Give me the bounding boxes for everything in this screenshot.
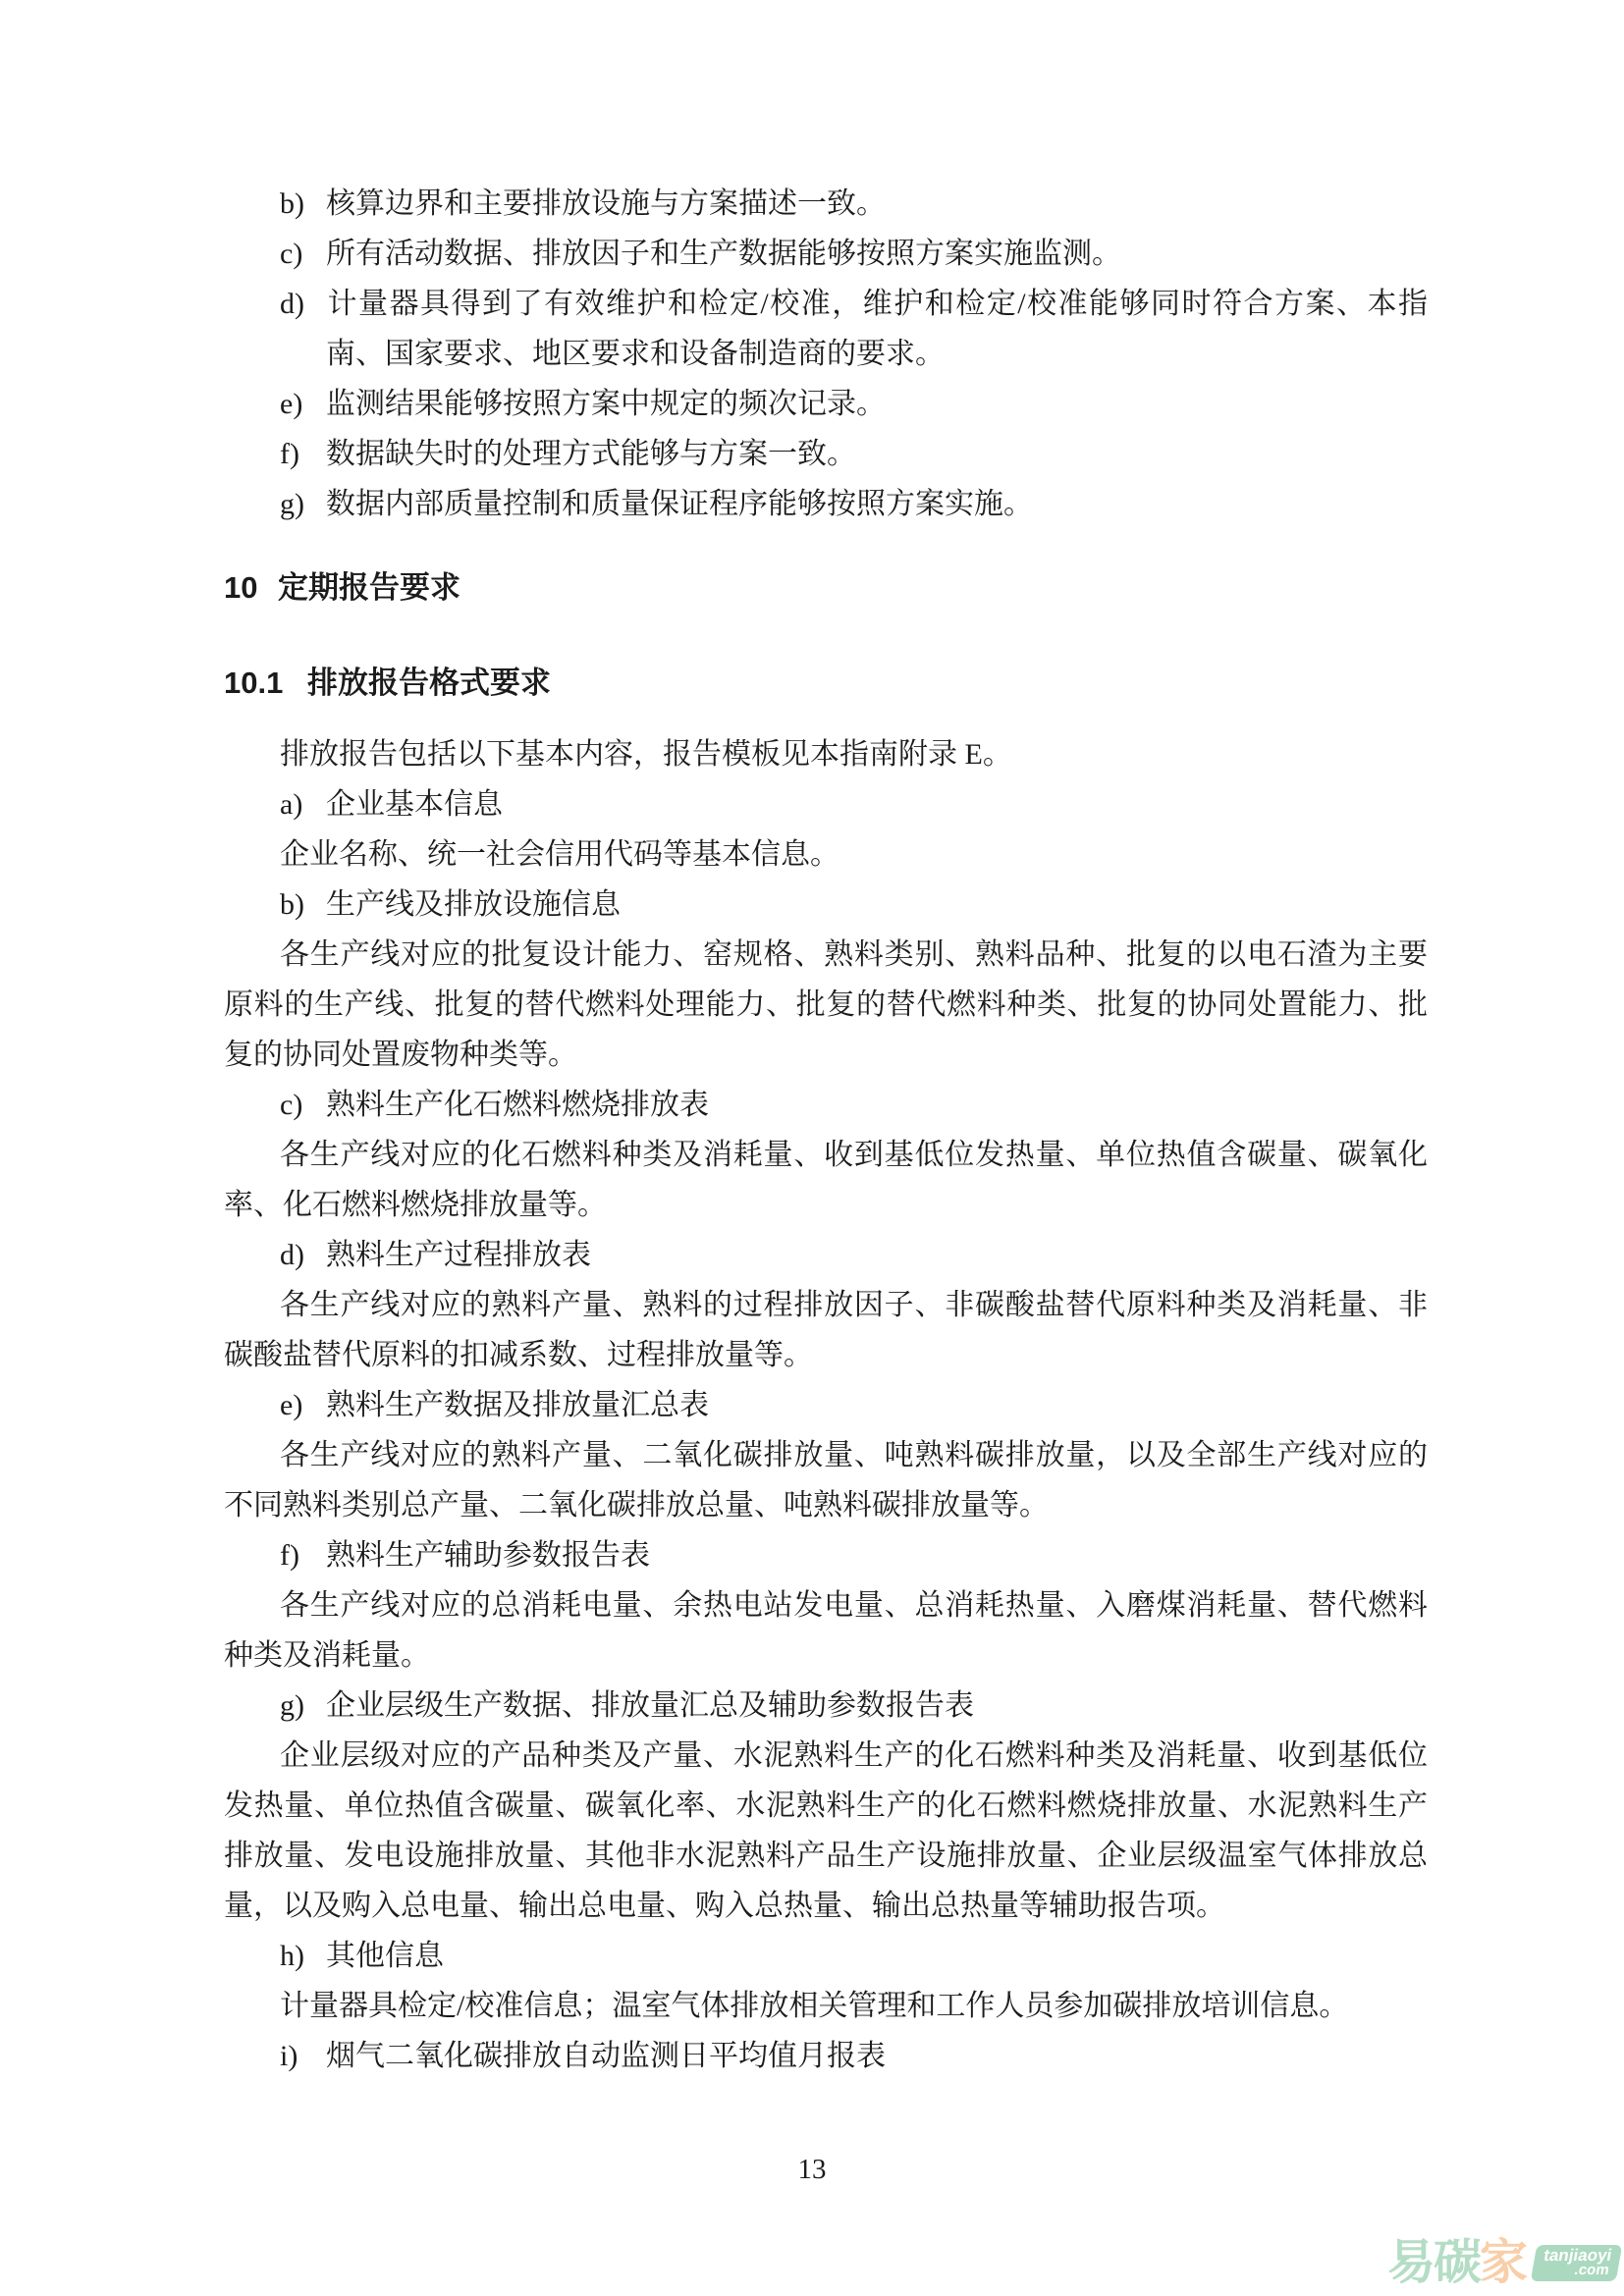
report-item-text: 生产线及排放设施信息 xyxy=(326,888,621,921)
section-title: 定期报告要求 xyxy=(278,570,460,605)
report-item-text: 企业层级生产数据、排放量汇总及辅助参数报告表 xyxy=(326,1689,974,1722)
list-item: e)监测结果能够按照方案中规定的频次记录。 xyxy=(224,379,1428,429)
report-item-title: a)企业基本信息 xyxy=(224,779,1428,829)
section-number: 10 xyxy=(224,562,278,613)
report-item-description: 各生产线对应的熟料产量、熟料的过程排放因子、非碳酸盐替代原料种类及消耗量、非碳酸… xyxy=(224,1280,1428,1380)
report-item-text: 熟料生产辅助参数报告表 xyxy=(326,1539,650,1572)
list-item-text: 监测结果能够按照方案中规定的频次记录。 xyxy=(326,388,886,420)
list-item-text: 所有活动数据、排放因子和生产数据能够按照方案实施监测。 xyxy=(326,238,1121,270)
report-item-description: 各生产线对应的化石燃料种类及消耗量、收到基低位发热量、单位热值含碳量、碳氧化率、… xyxy=(224,1130,1428,1230)
report-item-description: 计量器具检定/校准信息；温室气体排放相关管理和工作人员参加碳排放培训信息。 xyxy=(224,1981,1428,2031)
report-item-label: i) xyxy=(280,2031,326,2081)
report-item-title: e)熟料生产数据及排放量汇总表 xyxy=(224,1380,1428,1430)
watermark-char-jia: 家 xyxy=(1480,2239,1526,2287)
subsection-title: 排放报告格式要求 xyxy=(307,666,551,700)
report-item-description: 各生产线对应的总消耗电量、余热电站发电量、总消耗热量、入磨煤消耗量、替代燃料种类… xyxy=(224,1580,1428,1681)
report-item-text: 熟料生产过程排放表 xyxy=(326,1239,591,1271)
document-page: b)核算边界和主要排放设施与方案描述一致。 c)所有活动数据、排放因子和生产数据… xyxy=(0,0,1624,2296)
list-item-label: c) xyxy=(280,229,326,279)
list-item-label: d) xyxy=(280,279,326,329)
report-item-label: g) xyxy=(280,1681,326,1731)
report-item-title: c)熟料生产化石燃料燃烧排放表 xyxy=(224,1080,1428,1130)
list-item-text: 数据内部质量控制和质量保证程序能够按照方案实施。 xyxy=(326,488,1033,520)
watermark-badge-domain: .com xyxy=(1540,2264,1609,2277)
report-item-title: b)生产线及排放设施信息 xyxy=(224,880,1428,930)
report-item-label: h) xyxy=(280,1931,326,1981)
page-number: 13 xyxy=(0,2145,1624,2195)
list-item-text: 核算边界和主要排放设施与方案描述一致。 xyxy=(326,187,886,220)
list-item-text: 数据缺失时的处理方式能够与方案一致。 xyxy=(326,438,856,470)
list-item: c)所有活动数据、排放因子和生产数据能够按照方案实施监测。 xyxy=(224,229,1428,279)
report-item-label: b) xyxy=(280,880,326,930)
report-item-label: a) xyxy=(280,779,326,829)
report-item-title: d)熟料生产过程排放表 xyxy=(224,1230,1428,1280)
list-item: f)数据缺失时的处理方式能够与方案一致。 xyxy=(224,429,1428,479)
report-item-label: f) xyxy=(280,1530,326,1580)
subsection-heading: 10.1排放报告格式要求 xyxy=(224,658,1428,708)
report-item-label: d) xyxy=(280,1230,326,1280)
report-item-text: 熟料生产数据及排放量汇总表 xyxy=(326,1389,709,1421)
list-item: g)数据内部质量控制和质量保证程序能够按照方案实施。 xyxy=(224,479,1428,529)
report-item-description: 企业层级对应的产品种类及产量、水泥熟料生产的化石燃料种类及消耗量、收到基低位发热… xyxy=(224,1731,1428,1931)
report-item-text: 熟料生产化石燃料燃烧排放表 xyxy=(326,1089,709,1121)
report-item-title: h)其他信息 xyxy=(224,1931,1428,1981)
section-heading: 10定期报告要求 xyxy=(224,562,1428,613)
watermark-logo: 易碳家 tanjiaoyi .com xyxy=(1387,2239,1619,2287)
report-item-title: g)企业层级生产数据、排放量汇总及辅助参数报告表 xyxy=(224,1681,1428,1731)
list-item-label: g) xyxy=(280,479,326,529)
watermark-char-yi: 易 xyxy=(1387,2239,1434,2287)
subsection-number: 10.1 xyxy=(224,658,307,708)
intro-paragraph: 排放报告包括以下基本内容，报告模板见本指南附录 E。 xyxy=(224,729,1428,779)
report-item-label: c) xyxy=(280,1080,326,1130)
report-item-title: i)烟气二氧化碳排放自动监测日平均值月报表 xyxy=(224,2031,1428,2081)
report-item-text: 其他信息 xyxy=(326,1940,444,1972)
report-item-title: f)熟料生产辅助参数报告表 xyxy=(224,1530,1428,1580)
watermark-badge: tanjiaoyi .com xyxy=(1531,2245,1622,2281)
list-item-label: f) xyxy=(280,429,326,479)
list-item-text: 计量器具得到了有效维护和检定/校准，维护和检定/校准能够同时符合方案、本指南、国… xyxy=(326,288,1428,370)
report-item-label: e) xyxy=(280,1380,326,1430)
list-item: b)核算边界和主要排放设施与方案描述一致。 xyxy=(224,179,1428,229)
report-item-description: 各生产线对应的批复设计能力、窑规格、熟料类别、熟料品种、批复的以电石渣为主要原料… xyxy=(224,930,1428,1080)
report-item-text: 烟气二氧化碳排放自动监测日平均值月报表 xyxy=(326,2040,886,2072)
page-content: b)核算边界和主要排放设施与方案描述一致。 c)所有活动数据、排放因子和生产数据… xyxy=(224,179,1428,2081)
list-item: d)计量器具得到了有效维护和检定/校准，维护和检定/校准能够同时符合方案、本指南… xyxy=(224,279,1428,379)
report-item-text: 企业基本信息 xyxy=(326,788,503,821)
report-item-description: 企业名称、统一社会信用代码等基本信息。 xyxy=(224,829,1428,880)
list-item-label: e) xyxy=(280,379,326,429)
list-item-label: b) xyxy=(280,179,326,229)
report-item-description: 各生产线对应的熟料产量、二氧化碳排放量、吨熟料碳排放量，以及全部生产线对应的不同… xyxy=(224,1430,1428,1530)
watermark-char-tan: 碳 xyxy=(1434,2239,1480,2287)
